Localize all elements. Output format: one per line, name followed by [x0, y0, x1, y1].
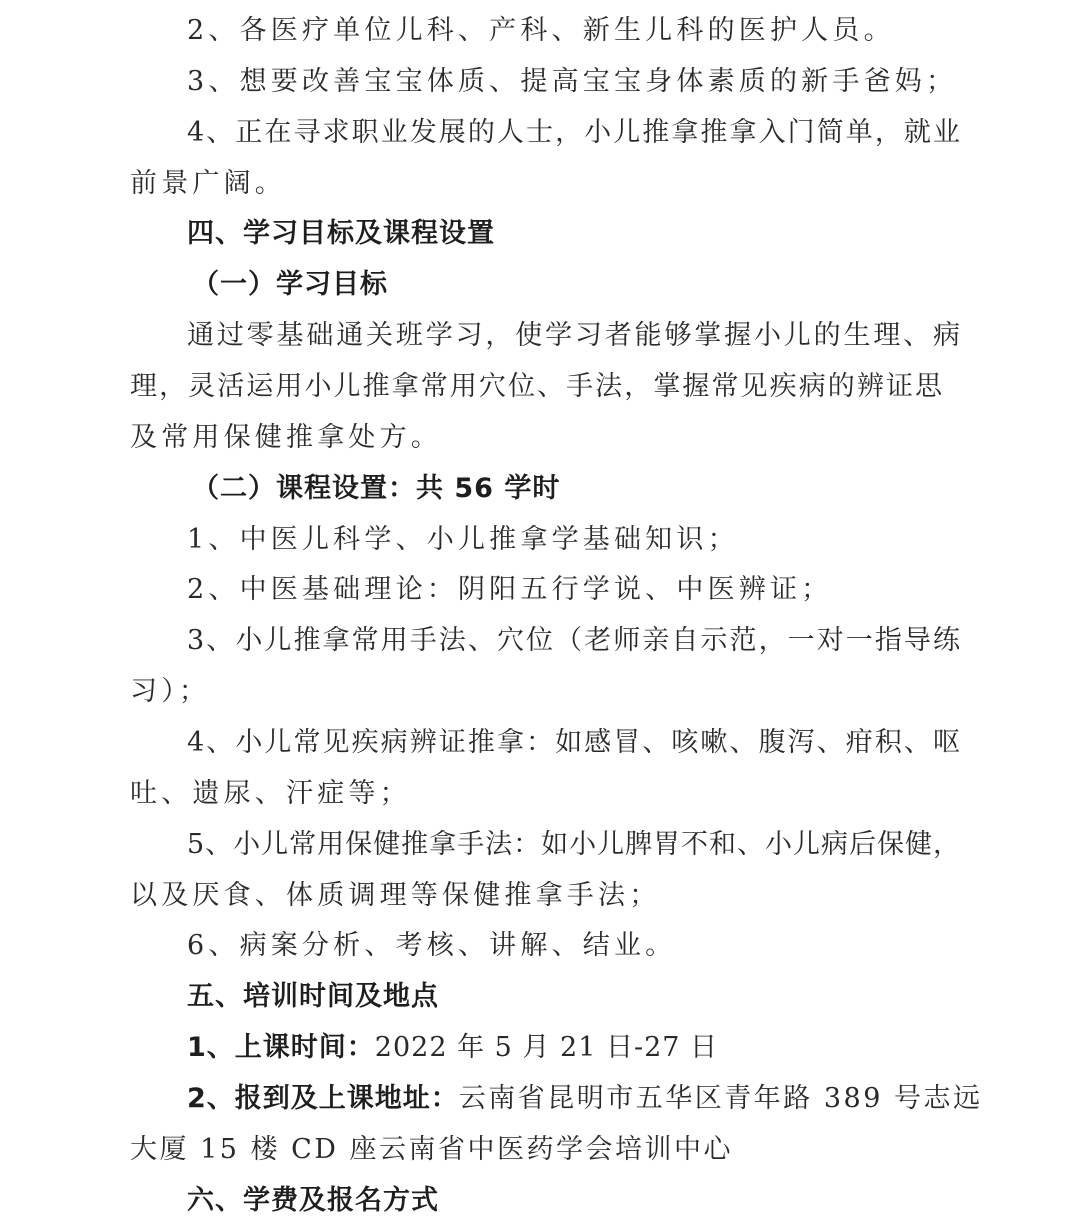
goals-paragraph-line-2: 理，灵活运用小儿推拿常用穴位、手法，掌握常见疾病的辨证思	[130, 367, 942, 407]
goals-paragraph-line-3: 及常用保健推拿处方。	[130, 418, 960, 458]
goals-paragraph-line-1: 通过零基础通关班学习，使学习者能够掌握小儿的生理、病	[187, 316, 960, 356]
course-item-3-cont: 习）；	[130, 672, 960, 712]
class-address: 2、报到及上课地址：云南省昆明市五华区青年路 389 号志远	[187, 1079, 960, 1119]
section-heading-5: 五、培训时间及地点	[187, 977, 960, 1017]
course-item-3: 3、小儿推拿常用手法、穴位（老师亲自示范，一对一指导练	[187, 621, 960, 661]
audience-item-4-cont: 前景广阔。	[130, 164, 960, 204]
section-heading-4: 四、学习目标及课程设置	[187, 214, 960, 254]
subheading-course-setup: （二）课程设置：共 56 学时	[192, 469, 1022, 509]
class-time-label: 1、上课时间：	[187, 1032, 375, 1063]
audience-item-2: 2、各医疗单位儿科、产科、新生儿科的医护人员。	[187, 11, 960, 51]
course-item-4-cont: 吐、遗尿、汗症等；	[130, 774, 960, 814]
class-time: 1、上课时间：2022 年 5 月 21 日-27 日	[187, 1028, 960, 1068]
section-heading-6: 六、学费及报名方式	[187, 1181, 960, 1221]
class-address-cont: 大厦 15 楼 CD 座云南省中医药学会培训中心	[130, 1130, 960, 1170]
audience-item-3: 3、想要改善宝宝体质、提高宝宝身体素质的新手爸妈；	[187, 62, 960, 102]
course-item-5: 5、小儿常用保健推拿手法：如小儿脾胃不和、小儿病后保健，	[187, 825, 960, 865]
subheading-learning-goals: （一）学习目标	[192, 265, 1022, 305]
course-item-5-cont: 以及厌食、体质调理等保健推拿手法；	[130, 876, 960, 916]
course-item-1: 1、中医儿科学、小儿推拿学基础知识；	[187, 520, 960, 560]
course-item-2: 2、中医基础理论：阴阳五行学说、中医辨证；	[187, 570, 960, 610]
course-item-4: 4、小儿常见疾病辨证推拿：如感冒、咳嗽、腹泻、疳积、呕	[187, 723, 960, 763]
audience-item-4: 4、正在寻求职业发展的人士，小儿推拿推拿入门简单，就业	[187, 113, 960, 153]
class-address-value: 云南省昆明市五华区青年路 389 号志远	[459, 1083, 983, 1114]
class-address-label: 2、报到及上课地址：	[187, 1083, 459, 1114]
class-time-value: 2022 年 5 月 21 日-27 日	[375, 1032, 718, 1063]
course-item-6: 6、病案分析、考核、讲解、结业。	[187, 926, 960, 966]
